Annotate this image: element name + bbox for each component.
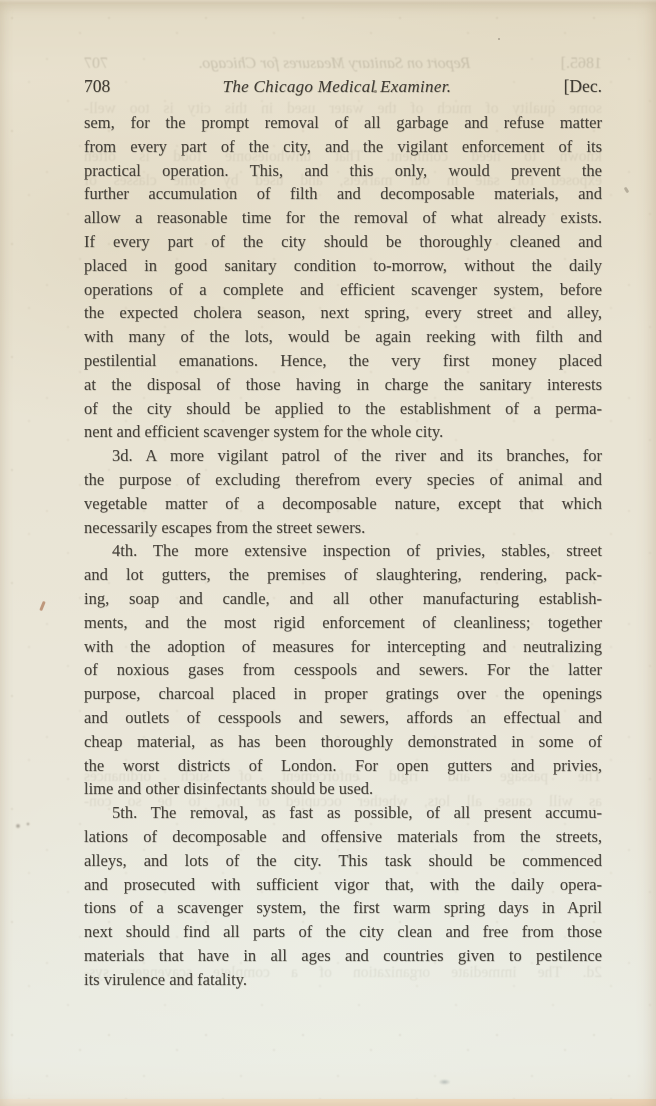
bleedthrough-page-number: 707 xyxy=(84,55,108,73)
page-bottom-edge xyxy=(0,1099,656,1106)
text-line: further accumulation of filth and decomp… xyxy=(84,182,602,206)
text-line: cheap material, as has been thoroughly d… xyxy=(84,730,602,754)
text-line: placed in good sanitary condition to-mor… xyxy=(84,254,602,278)
text-line: pestilential emanations. Hence, the very… xyxy=(84,349,602,373)
text-line: ments, and the most rigid enforcement of… xyxy=(84,611,602,635)
text-line: purpose, charcoal placed in proper grati… xyxy=(84,682,602,706)
text-line: ing, soap and candle, and all other manu… xyxy=(84,587,602,611)
text-line: its virulence and fatality. xyxy=(84,968,602,992)
text-line: If every part of the city should be thor… xyxy=(84,230,602,254)
text-line: with the adoption of measures for interc… xyxy=(84,635,602,659)
text-line: and outlets of cesspools and sewers, aff… xyxy=(84,706,602,730)
text-line: lime and other disinfectants should be u… xyxy=(84,777,602,801)
text-line: from every part of the city, and the vig… xyxy=(84,135,602,159)
text-line: operations of a complete and efficient s… xyxy=(84,278,602,302)
page-body: sem, for the prompt removal of all garba… xyxy=(84,111,602,991)
paper-speck xyxy=(374,90,377,93)
issue-date: [Dec. xyxy=(564,76,602,97)
bleedthrough-year: 1865.] xyxy=(561,55,602,73)
text-line: at the disposal of those having in charg… xyxy=(84,373,602,397)
red-fleck-stain xyxy=(39,601,46,611)
bleedthrough-header: 1865.] Report on Sanitary Measures for C… xyxy=(84,55,602,73)
text-line: 4th. The more extensive inspection of pr… xyxy=(84,539,602,563)
text-line: the purpose of excluding therefrom every… xyxy=(84,468,602,492)
text-line: next should find all parts of the city c… xyxy=(84,920,602,944)
text-line: vegetable matter of a decomposable natur… xyxy=(84,492,602,516)
text-line: lations of decomposable and offensive ma… xyxy=(84,825,602,849)
text-line: tions of a scavenger system, the first w… xyxy=(84,896,602,920)
text-line: 3d. A more vigilant patrol of the river … xyxy=(84,444,602,468)
text-line: sem, for the prompt removal of all garba… xyxy=(84,111,602,135)
page-number: 708 xyxy=(84,76,110,97)
text-line: necessarily escapes from the street sewe… xyxy=(84,516,602,540)
journal-title: The Chicago Medical Examiner. xyxy=(223,77,452,97)
text-line: of noxious gases from cesspools and sewe… xyxy=(84,658,602,682)
text-line: 5th. The removal, as fast as possible, o… xyxy=(84,801,602,825)
text-line: nent and efficient scavenger system for … xyxy=(84,420,602,444)
text-line: and prosecuted with sufficient vigor tha… xyxy=(84,873,602,897)
text-line: the expected cholera season, next spring… xyxy=(84,301,602,325)
gray-smudge xyxy=(436,1077,453,1087)
text-line: the worst districts of London. For open … xyxy=(84,754,602,778)
running-header: 708 The Chicago Medical Examiner. [Dec. xyxy=(84,76,602,97)
text-line: and lot gutters, the premises of slaught… xyxy=(84,563,602,587)
paper-speck xyxy=(624,187,630,194)
text-line: with many of the lots, would be again re… xyxy=(84,325,602,349)
bleedthrough-title: Report on Sanitary Measures for Chicago. xyxy=(198,55,470,73)
scanned-book-page: 1865.] Report on Sanitary Measures for C… xyxy=(0,0,656,1106)
text-line: practical operation. This, and this only… xyxy=(84,159,602,183)
page-top-edge xyxy=(0,0,656,3)
ink-smudge xyxy=(11,818,37,832)
text-line: alleys, and lots of the city. This task … xyxy=(84,849,602,873)
paper-speck xyxy=(498,38,500,40)
text-line: allow a reasonable time for the removal … xyxy=(84,206,602,230)
text-line: of the city should be applied to the est… xyxy=(84,397,602,421)
text-line: materials that have in all ages and coun… xyxy=(84,944,602,968)
